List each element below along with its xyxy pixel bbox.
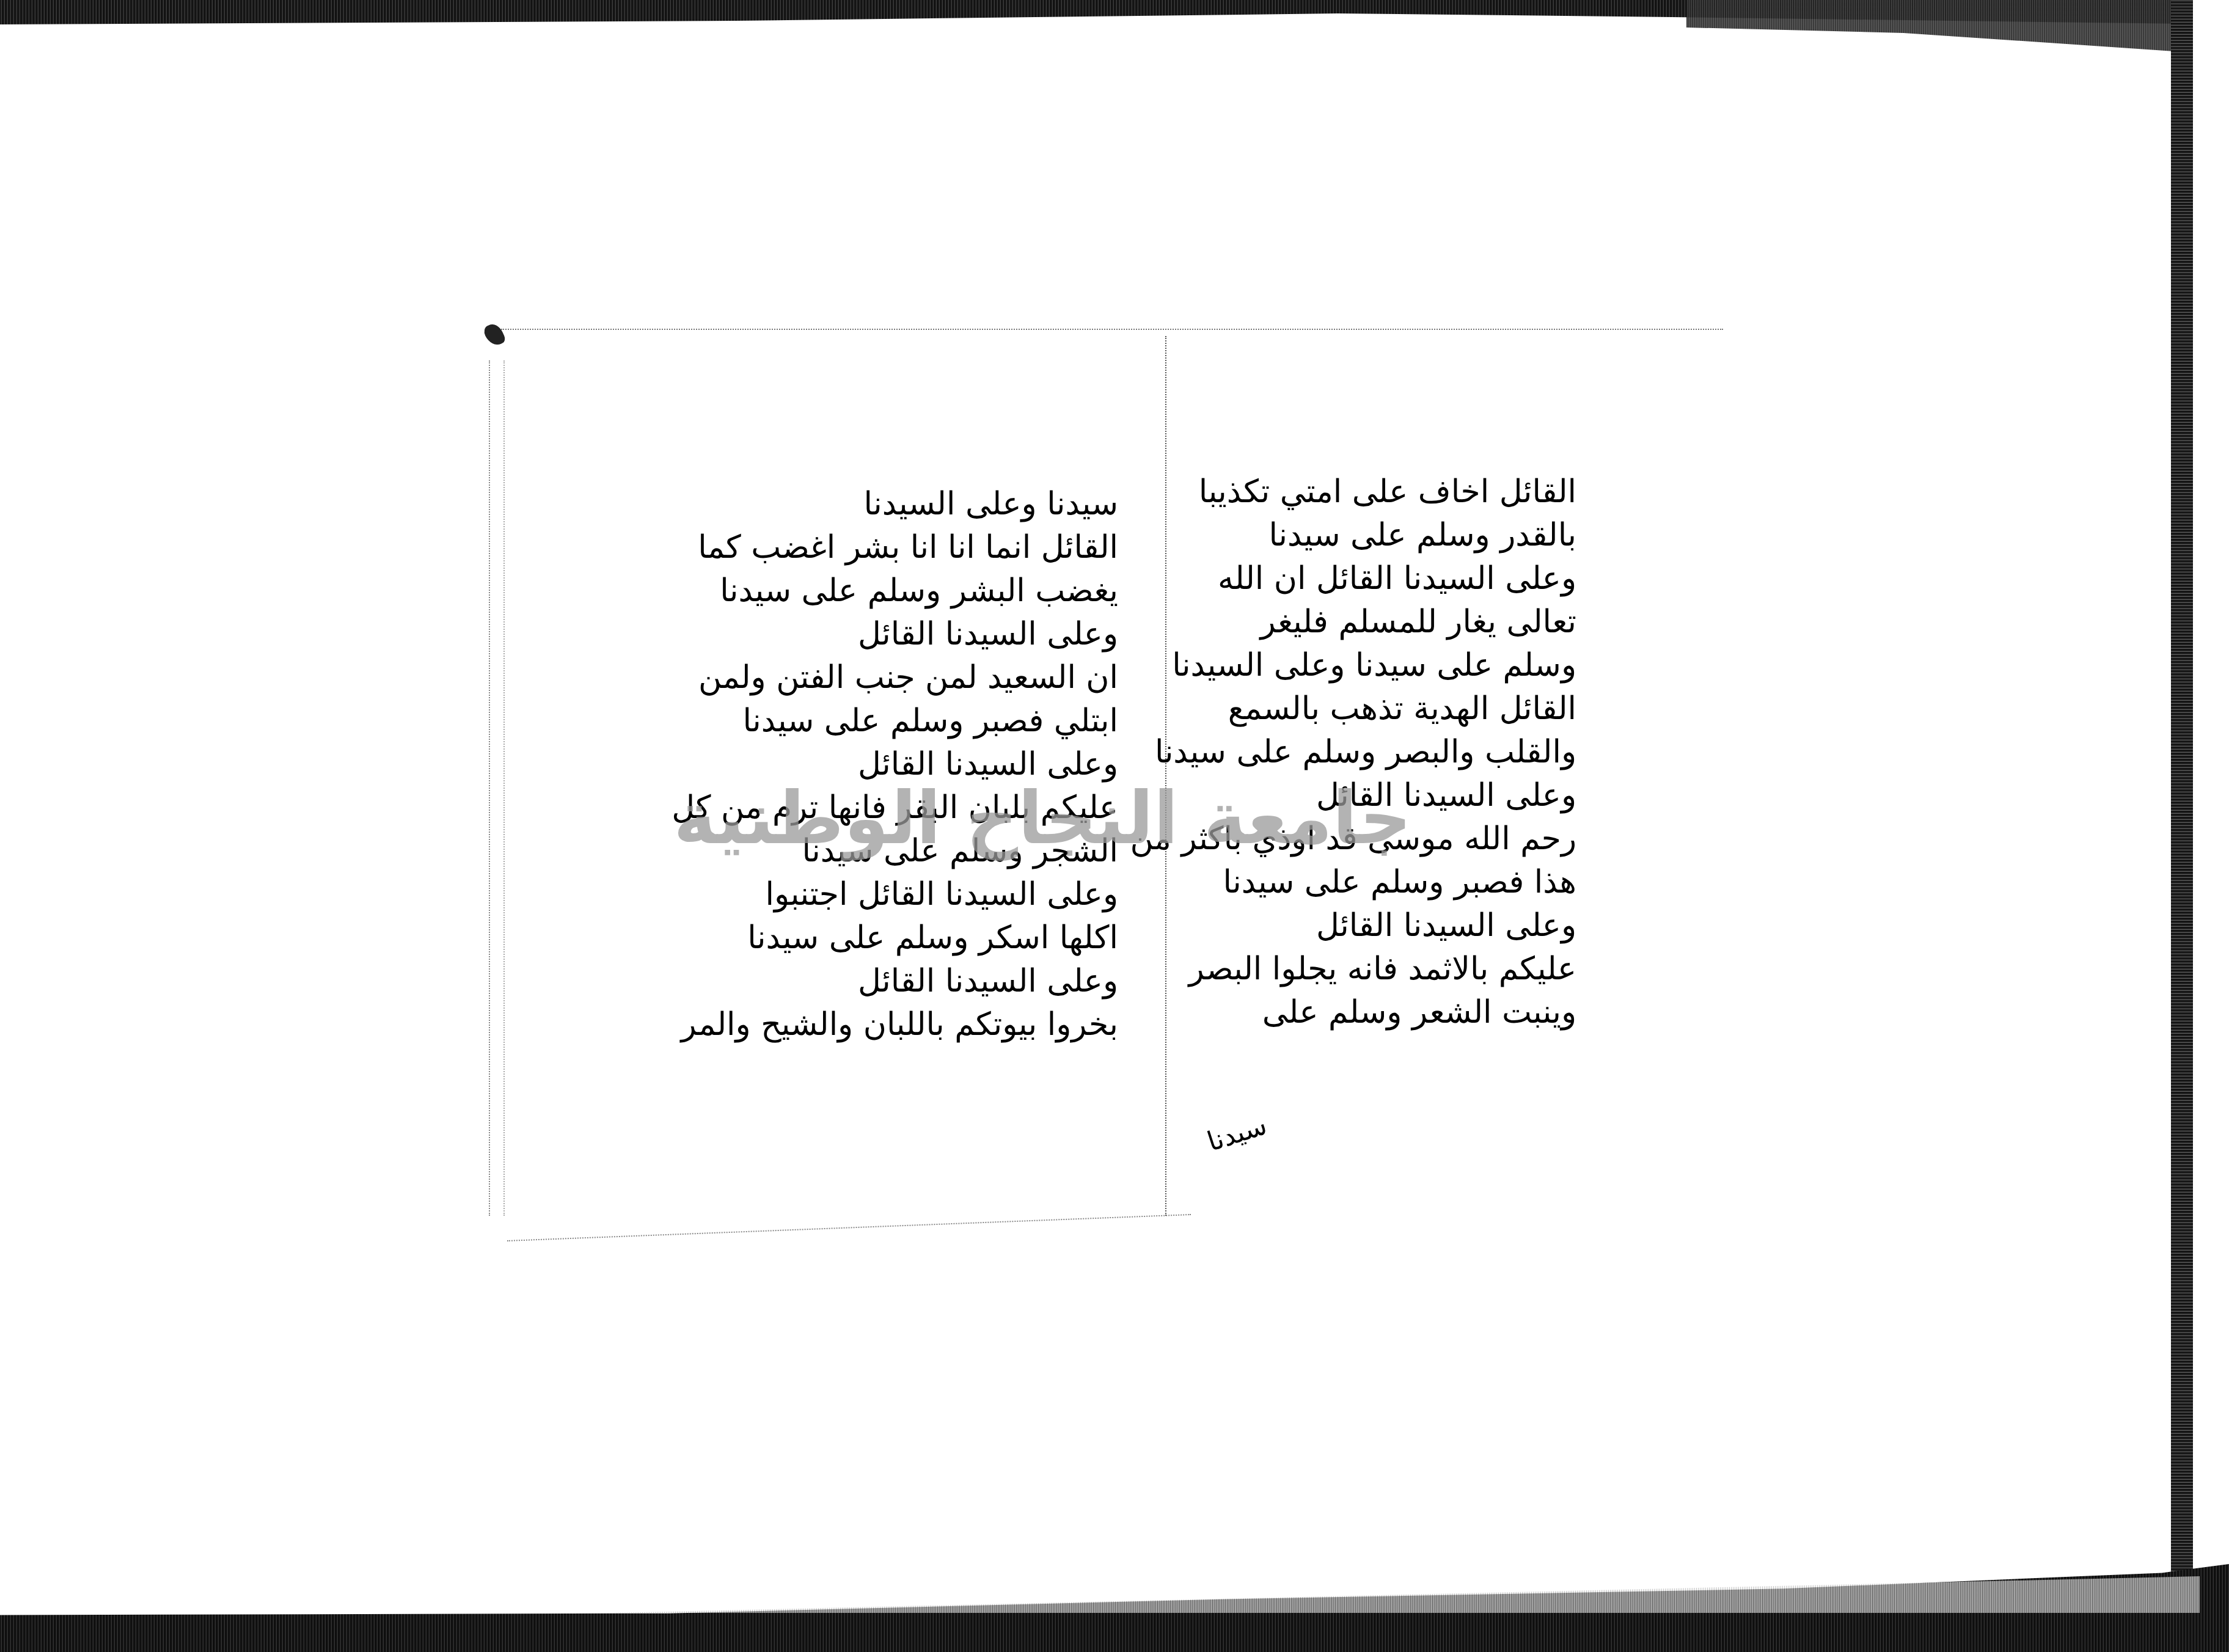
page-gutter [1165,336,1168,1216]
left-page-text: سيدنا وعلى السيدنا القائل انما انا انا ب… [739,483,1118,1047]
scan-edge-right [2171,0,2193,1652]
right-page-text: القائل اخاف على امتي تكذيبا بالقدر وسلم … [1210,470,1576,1034]
text-line: القائل اخاف على امتي تكذيبا [1210,470,1576,514]
text-line: الشجر وسلم على سيدنا [739,830,1118,873]
text-line: عليكم بلبان البقر فانها ترم من كل [739,786,1118,830]
text-line: بالقدر وسلم على سيدنا [1210,514,1576,557]
page-border-bottom [507,1214,1191,1243]
text-line: ابتلي فصبر وسلم على سيدنا [739,700,1118,743]
text-line: رحم الله موسى قد اوذي باكثر من [1210,817,1576,861]
text-line: وعلى السيدنا القائل اجتنبوا [739,873,1118,916]
text-line: يغضب البشر وسلم على سيدنا [739,569,1118,613]
text-line: والقلب والبصر وسلم على سيدنا [1210,731,1576,774]
scan-edge-top-right [1686,0,2229,55]
text-line: وسلم على سيدنا وعلى السيدنا [1210,644,1576,687]
text-line: وعلى السيدنا القائل [1210,904,1576,948]
catchword: سيدنا [1204,1109,1271,1158]
text-line: وعلى السيدنا القائل [739,743,1118,786]
text-line: وعلى السيدنا القائل [1210,774,1576,817]
page-border-left-inner [503,360,506,1216]
text-line: القائل الهدية تذهب بالسمع [1210,687,1576,731]
text-line: وعلى السيدنا القائل [739,613,1118,656]
text-line: ان السعيد لمن جنب الفتن ولمن [739,656,1118,700]
text-line: عليكم بالاثمد فانه يجلوا البصر [1210,948,1576,991]
text-line: سيدنا وعلى السيدنا [739,483,1118,526]
text-line: وينبت الشعر وسلم على [1210,991,1576,1034]
scan-edge-bottom-gradient [611,1576,2200,1613]
scan-margin-right [2193,0,2229,1652]
text-line: اكلها اسكر وسلم على سيدنا [739,916,1118,960]
ink-blot [482,321,507,348]
manuscript-spread: سيدنا وعلى السيدنا القائل انما انا انا ب… [483,324,1741,1277]
text-line: بخروا بيوتكم باللبان والشيح والمر [739,1003,1118,1047]
text-line: هذا فصبر وسلم على سيدنا [1210,861,1576,904]
text-line: وعلى السيدنا القائل ان الله [1210,557,1576,601]
page-border-left [489,360,491,1216]
text-line: تعالى يغار للمسلم فليغر [1210,601,1576,644]
text-line: القائل انما انا انا بشر اغضب كما [739,526,1118,569]
text-line: وعلى السيدنا القائل [739,960,1118,1003]
page-border-top [501,329,1723,331]
